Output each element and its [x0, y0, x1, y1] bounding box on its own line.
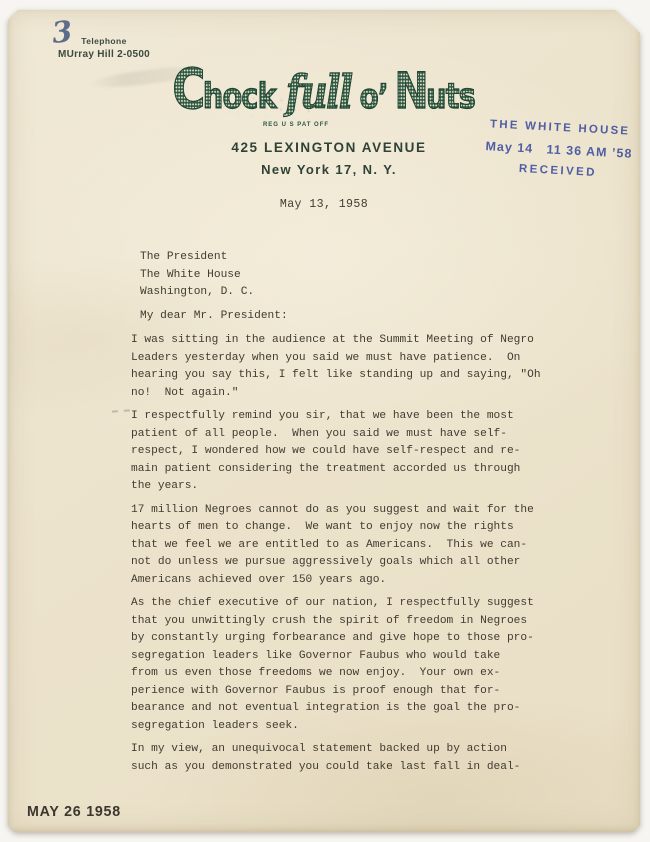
- stamp-office-line: THE WHITE HOUSE: [480, 118, 640, 138]
- archive-date-stamp: MAY 26 1958: [27, 803, 121, 820]
- scanned-letter-page: 3 Telephone MUrray Hill 2-0500 Chockfull…: [8, 10, 640, 832]
- recipient-address-block: The President The White House Washington…: [140, 249, 254, 302]
- logo-text-full: full: [286, 69, 352, 115]
- letter-paragraph: In my view, an unequivocal statement bac…: [131, 741, 563, 776]
- logo-text-uts: uts: [427, 80, 476, 115]
- letter-date: May 13, 1958: [8, 196, 640, 214]
- pencil-dash-mark: [112, 409, 130, 416]
- logo-text-o: o’: [360, 80, 388, 114]
- logo-text-hock: hock: [203, 80, 276, 115]
- chock-full-o-nuts-logo: Chockfullo’Nuts REG U S PAT OFF: [8, 62, 640, 117]
- white-house-received-stamp: THE WHITE HOUSE May 14 11 36 AM ’58 RECE…: [478, 118, 641, 181]
- letter-body: I was sitting in the audience at the Sum…: [131, 332, 563, 782]
- letter-paragraph: I respectfully remind you sir, that we h…: [131, 408, 563, 496]
- letter-paper: 3 Telephone MUrray Hill 2-0500 Chockfull…: [8, 10, 640, 832]
- logo-letter-n: N: [395, 66, 429, 116]
- stamp-datetime-line: May 14 11 36 AM ’58: [479, 139, 640, 161]
- telephone-label: Telephone: [44, 36, 164, 46]
- letter-paragraph: 17 million Negroes cannot do as you sugg…: [131, 502, 563, 590]
- letter-paragraph: I was sitting in the audience at the Sum…: [131, 332, 563, 402]
- logo-letter-c: C: [173, 62, 205, 117]
- salutation: My dear Mr. President:: [140, 308, 288, 326]
- telephone-number: MUrray Hill 2-0500: [44, 49, 164, 60]
- logo-wordmark: Chockfullo’Nuts: [173, 62, 476, 117]
- stamp-received-line: RECEIVED: [478, 161, 638, 181]
- letter-paragraph: As the chief executive of our nation, I …: [131, 595, 563, 735]
- letterhead-telephone-block: Telephone MUrray Hill 2-0500: [44, 36, 164, 60]
